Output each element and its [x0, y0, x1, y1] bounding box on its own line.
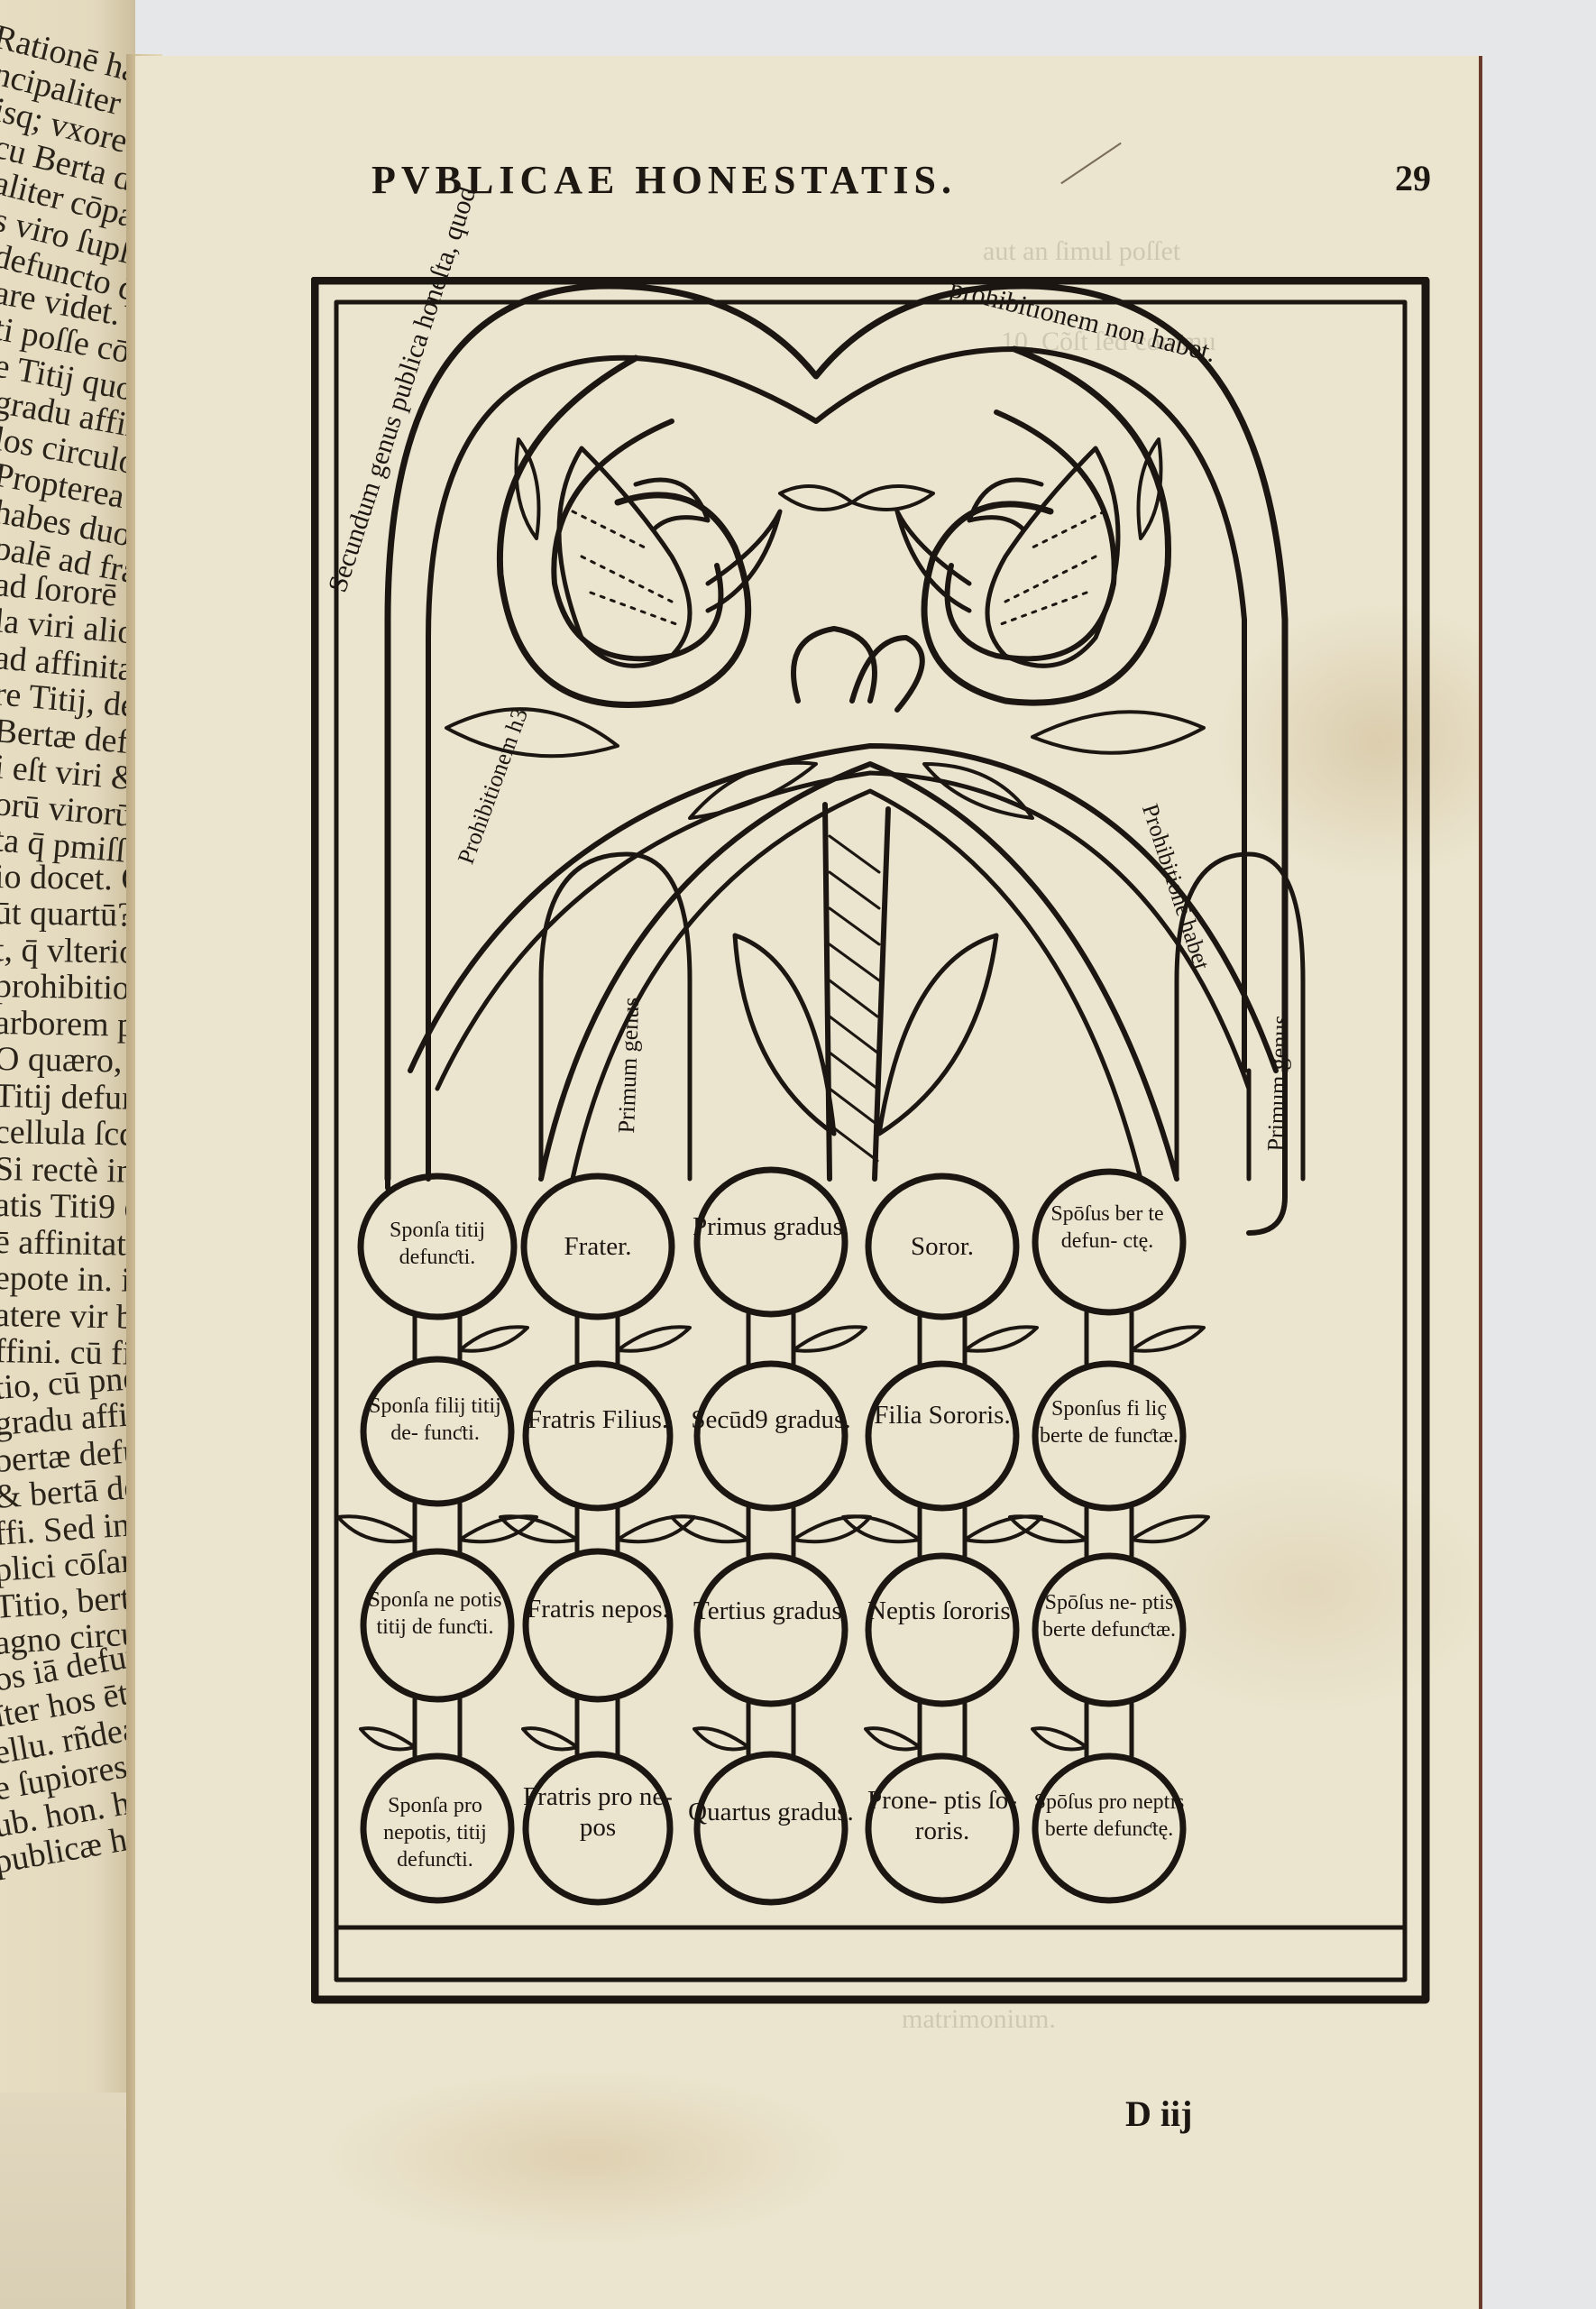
inner-arch-label-left-inner: Primum genus [613, 997, 645, 1134]
facing-page-line: io docet. Quæro [0, 859, 135, 897]
circle-cell: Sponſa titij defunƈti. [352, 1217, 523, 1271]
arbor-affinitatis-woodcut: Secundum genus publica honeſta, quod pro… [311, 277, 1434, 2022]
circle-cell: Soror. [857, 1231, 1028, 1262]
circle-cell: Prone- ptis ſo- roris. [866, 1785, 1019, 1846]
circle-cell: Sponſa filij titij de- funƈti. [356, 1393, 514, 1447]
circle-cell: Tertius gradus. [685, 1596, 857, 1626]
facing-page-line: ē affinitatis gra [0, 1224, 135, 1263]
running-head: PVBLICAE HONESTATIS. 29 [371, 157, 1363, 211]
circle-cell: Neptis ſororis. [857, 1596, 1028, 1626]
facing-page-margin [0, 2093, 135, 2309]
page-number: 29 [1395, 157, 1431, 199]
circle-cell: Spōſus ne- ptis berte defunƈtæ. [1032, 1589, 1186, 1643]
facing-page-line: O quæro, i quo [0, 1041, 135, 1080]
circle-cell: Filia Sororis. [857, 1400, 1028, 1430]
circle-cell: Spōſus ber te defun- ctę. [1031, 1200, 1184, 1255]
facing-page-line: atis Titi9 defu [0, 1187, 135, 1226]
facing-page-line: prohibitionem, cu [0, 968, 135, 1007]
facing-page-line: ūt quartū? Id ea [0, 895, 135, 934]
circle-cell: Fratris Filius. [512, 1404, 683, 1435]
circle-cell: Fratris nepos. [512, 1594, 683, 1624]
circle-cell: Quartus gradus. [685, 1797, 857, 1827]
circle-cell: Fratris pro ne- pos [521, 1781, 674, 1843]
facing-page-line: t, q̄ vlterior grad [0, 932, 135, 971]
facing-page-line: Si rectè intuear [0, 1151, 135, 1190]
facing-page-line: cellula ſcdi ordi [0, 1114, 135, 1153]
facing-page-line: atere vir bertæ [0, 1297, 135, 1336]
facing-page-line: epote in. iij. cū [0, 1260, 135, 1299]
show-through-text: aut an ſimul poſſet [983, 236, 1180, 267]
book-page: PVBLICAE HONESTATIS. 29 aut an ſimul poſ… [135, 56, 1482, 2309]
circle-cell: Sponſa pro nepotis, titij defunƈti. [356, 1792, 514, 1873]
facing-page-text: Rationē hācncipaliter cōfesisq; vxore vi… [0, 18, 135, 1881]
facing-page-line: Titij defuncti [0, 1078, 135, 1117]
circle-cell: Spōſus pro neptis berte defunƈtę. [1032, 1789, 1186, 1843]
facing-page-line: arborem perquir [0, 1005, 135, 1044]
circle-cell: Frater. [512, 1231, 683, 1262]
circle-cell: Secūd9 gradus. [685, 1404, 857, 1435]
circle-cell: Sponſus fi liç berte de funƈtæ. [1032, 1395, 1186, 1449]
circle-cell: Sponſa ne potis titij de funƈti. [356, 1587, 514, 1641]
circle-cell: Primus gradus. [685, 1211, 857, 1242]
signature-mark: D iij [1125, 2093, 1192, 2135]
inner-arch-label-right-inner: Primum genus [1262, 1015, 1294, 1152]
facing-page: Rationē hācncipaliter cōfesisq; vxore vi… [0, 0, 135, 2309]
